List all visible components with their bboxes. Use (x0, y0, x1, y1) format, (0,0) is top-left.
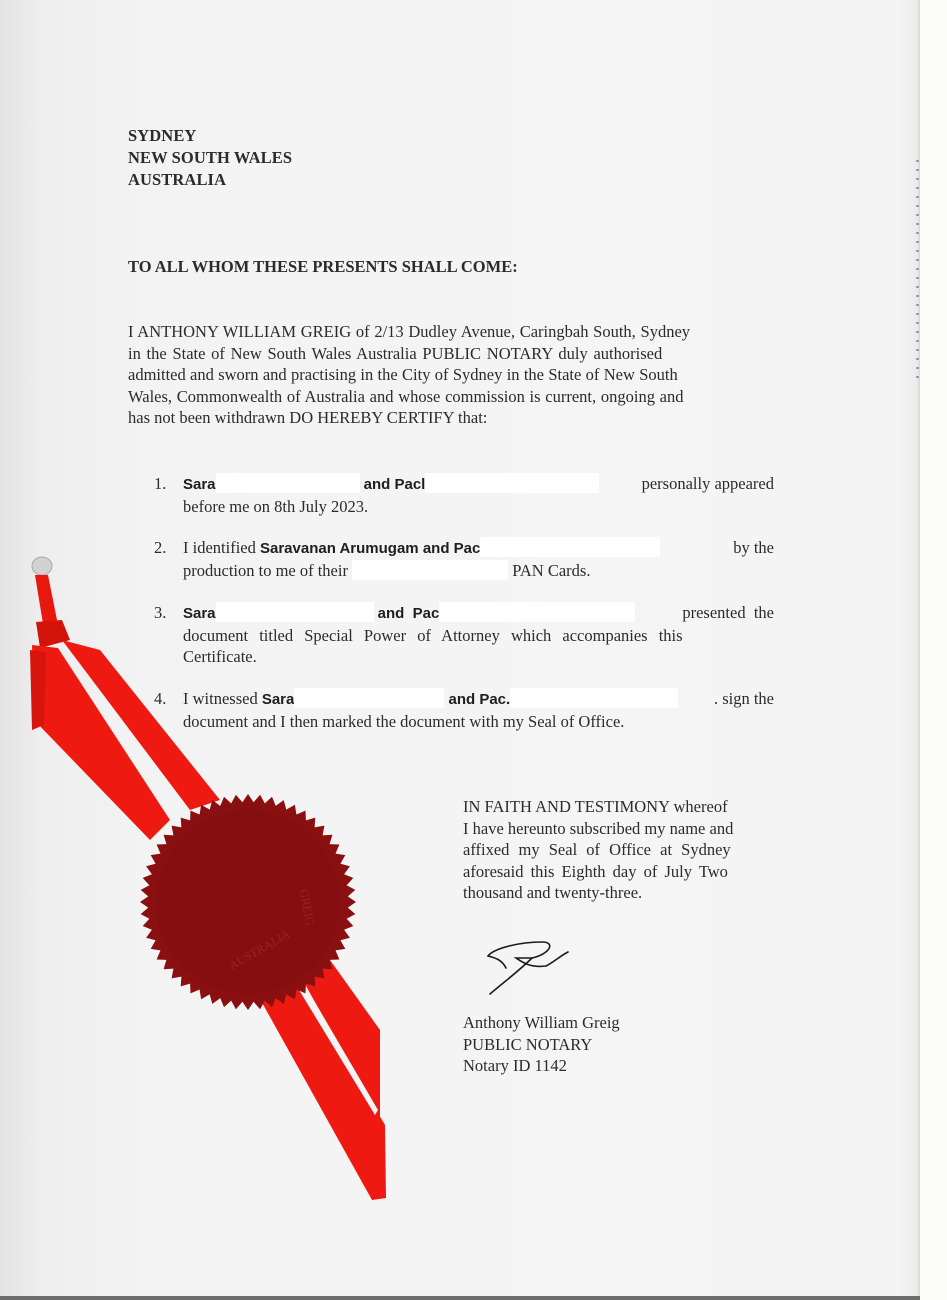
redaction-box (216, 473, 360, 493)
salutation: TO ALL WHOM THESE PRESENTS SHALL COME: (128, 256, 518, 278)
notary-id: Notary ID 1142 (463, 1055, 620, 1077)
redaction-box (216, 602, 374, 622)
item-line: document and I then marked the document … (183, 711, 774, 733)
item-text: I witnessed (183, 689, 258, 708)
item-line: Sara and Pac presented the (183, 602, 774, 625)
item-line: document titled Special Power of Attorne… (183, 625, 774, 647)
item-text: . sign the (714, 688, 774, 711)
party-name-a: Sara (183, 605, 216, 622)
signatory-block: Anthony William Greig PUBLIC NOTARY Nota… (463, 1012, 620, 1077)
party-name-b: and Pac. (448, 691, 510, 708)
certification-item-2: 2. I identified Saravanan Arumugam and P… (150, 537, 774, 581)
testimony-line: affixed my Seal of Office at Sydney (463, 839, 773, 861)
testimony-paragraph: IN FAITH AND TESTIMONY whereof I have he… (463, 796, 773, 904)
bleed-through-marks (916, 160, 919, 380)
item-text: production to me of their (183, 561, 348, 580)
page-bottom-edge (0, 1296, 920, 1300)
item-number: 1. (154, 473, 180, 495)
intro-line: Wales, Commonwealth of Australia and who… (128, 386, 774, 408)
item-line: I witnessed Sara and Pac. . sign the (183, 688, 774, 711)
item-number: 4. (154, 688, 180, 710)
redaction-box (425, 473, 599, 493)
party-name-a: Sara (183, 476, 216, 493)
party-name-b: and Pac (378, 605, 440, 622)
certification-item-4: 4. I witnessed Sara and Pac. . sign the … (150, 688, 774, 732)
item-text: by the (733, 537, 774, 560)
scan-margin (920, 0, 947, 1300)
signatory-title: PUBLIC NOTARY (463, 1034, 620, 1056)
party-name-a: Sara (262, 691, 295, 708)
intro-line: has not been withdrawn DO HEREBY CERTIFY… (128, 407, 774, 429)
certification-item-3: 3. Sara and Pac presented the document t… (150, 602, 774, 668)
party-name-b: and Pacl (364, 476, 426, 493)
intro-paragraph: I ANTHONY WILLIAM GREIG of 2/13 Dudley A… (128, 321, 774, 429)
item-text: PAN Cards. (512, 561, 590, 580)
location-heading: SYDNEY NEW SOUTH WALES AUSTRALIA (128, 125, 292, 191)
redaction-box (352, 560, 508, 580)
testimony-line: aforesaid this Eighth day of July Two (463, 861, 773, 883)
redaction-box (439, 602, 635, 622)
redaction-box (294, 688, 444, 708)
certification-item-1: 1. Sara and Pacl personally appeared bef… (150, 473, 774, 517)
location-country: AUSTRALIA (128, 169, 292, 191)
item-line: Certificate. (183, 646, 774, 668)
intro-line: admitted and sworn and practising in the… (128, 364, 774, 386)
item-text: personally appeared (642, 473, 774, 496)
intro-line: in the State of New South Wales Australi… (128, 343, 774, 365)
location-city: SYDNEY (128, 125, 292, 147)
intro-line: I ANTHONY WILLIAM GREIG of 2/13 Dudley A… (128, 321, 774, 343)
handwritten-signature (480, 928, 580, 998)
item-text: presented the (682, 602, 774, 625)
item-line: Sara and Pacl personally appeared (183, 473, 774, 496)
signatory-name: Anthony William Greig (463, 1012, 620, 1034)
location-state: NEW SOUTH WALES (128, 147, 292, 169)
testimony-line: I have hereunto subscribed my name and (463, 818, 773, 840)
redaction-box (480, 537, 660, 557)
item-text: I identified (183, 538, 256, 557)
party-names: Saravanan Arumugam and Pac (260, 540, 480, 557)
testimony-line: thousand and twenty-three. (463, 882, 773, 904)
item-number: 2. (154, 537, 180, 559)
item-line: production to me of their PAN Cards. (183, 560, 774, 582)
item-line: before me on 8th July 2023. (183, 496, 774, 518)
item-line: I identified Saravanan Arumugam and Pac … (183, 537, 774, 560)
testimony-line: IN FAITH AND TESTIMONY whereof (463, 796, 773, 818)
redaction-box (510, 688, 678, 708)
item-number: 3. (154, 602, 180, 624)
